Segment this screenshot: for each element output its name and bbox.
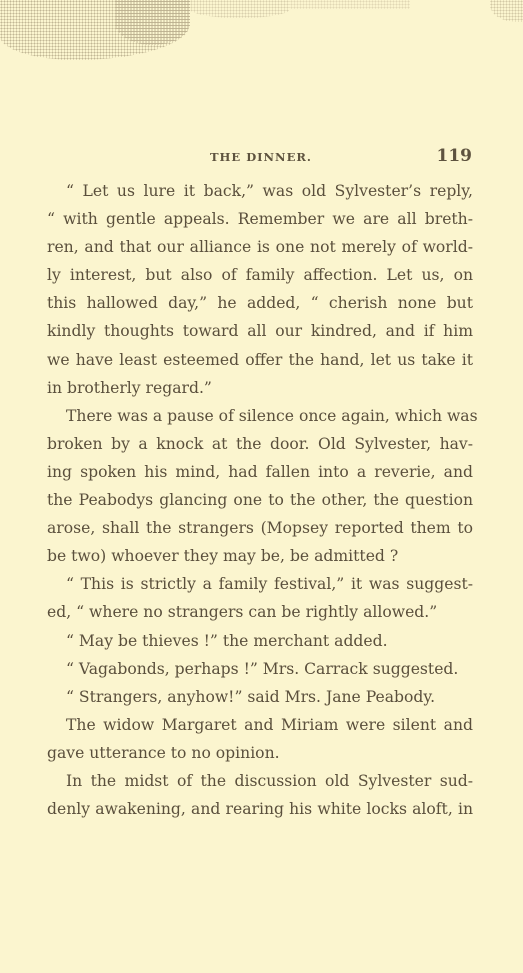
text-line: In the midst of the discussion old Sylve… bbox=[47, 767, 473, 795]
text-line: ing spoken his mind, had fallen into a r… bbox=[47, 458, 473, 486]
text-line: ed, “ where no strangers can be rightly … bbox=[47, 598, 473, 626]
text-line: “ Vagabonds, perhaps !” Mrs. Carrack sug… bbox=[47, 655, 473, 683]
book-page: THE DINNER. 119 “ Let us lure it back,” … bbox=[0, 0, 523, 973]
text-line: arose, shall the strangers (Mopsey repor… bbox=[47, 514, 473, 542]
text-line: gave utterance to no opinion. bbox=[47, 739, 473, 767]
text-line: we have least esteemed offer the hand, l… bbox=[47, 346, 473, 374]
text-line: this hallowed day,” he added, “ cherish … bbox=[47, 289, 473, 317]
body-text: “ Let us lure it back,” was old Sylveste… bbox=[47, 177, 473, 823]
text-line: There was a pause of silence once again,… bbox=[47, 402, 473, 430]
text-line: “ Strangers, anyhow!” said Mrs. Jane Pea… bbox=[47, 683, 473, 711]
text-line: “ This is strictly a family festival,” i… bbox=[47, 570, 473, 598]
text-line: in brotherly regard.” bbox=[47, 374, 473, 402]
running-head: THE DINNER. 119 bbox=[210, 148, 472, 168]
text-line: “ with gentle appeals. Remember we are a… bbox=[47, 205, 473, 233]
text-line: kindly thoughts toward all our kindred, … bbox=[47, 317, 473, 345]
text-line: be two) whoever they may be, be admitted… bbox=[47, 542, 473, 570]
text-line: the Peabodys glancing one to the other, … bbox=[47, 486, 473, 514]
page-number: 119 bbox=[437, 146, 473, 166]
text-line: “ May be thieves !” the merchant added. bbox=[47, 627, 473, 655]
text-line: ren, and that our alliance is one not me… bbox=[47, 233, 473, 261]
text-line: denly awakening, and rearing his white l… bbox=[47, 795, 473, 823]
chapter-title: THE DINNER. bbox=[210, 150, 312, 164]
text-line: ly interest, but also of family affectio… bbox=[47, 261, 473, 289]
text-line: broken by a knock at the door. Old Sylve… bbox=[47, 430, 473, 458]
text-line: “ Let us lure it back,” was old Sylveste… bbox=[47, 177, 473, 205]
text-line: The widow Margaret and Miriam were silen… bbox=[47, 711, 473, 739]
